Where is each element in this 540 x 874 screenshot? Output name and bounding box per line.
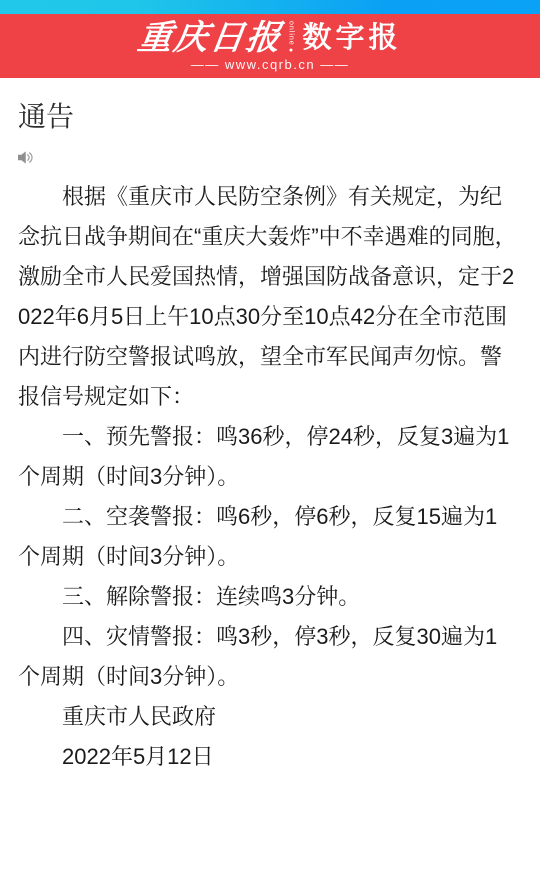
paragraph-item-4: 四、灾情警报：鸣3秒，停3秒，反复30遍为1个周期（时间3分钟）。 [18,617,518,697]
page: 重庆日报 online ● 数字报 —— www.cqrb.cn —— 通告 [0,0,540,874]
masthead-banner: 重庆日报 online ● 数字报 —— www.cqrb.cn —— [0,0,540,78]
red-banner: 重庆日报 online ● 数字报 —— www.cqrb.cn —— [0,14,540,78]
online-vertical-label: online [287,21,294,46]
paragraph-signature: 重庆市人民政府 [18,697,518,737]
text-to-speech-button[interactable] [18,148,38,166]
digital-edition-label: 数字报 [302,24,401,53]
page-title: 通告 [18,103,518,131]
article-body: 根据《重庆市人民防空条例》有关规定，为纪念抗日战争期间在“重庆大轰炸”中不幸遇难… [18,177,518,777]
paragraph-date: 2022年5月12日 [18,737,518,777]
online-mark: online ● [287,22,294,54]
paragraph-item-2: 二、空袭警报：鸣6秒，停6秒，反复15遍为1个周期（时间3分钟）。 [18,497,518,577]
speaker-icon [18,150,35,165]
paragraph-item-1: 一、预先警报：鸣36秒，停24秒，反复3遍为1个周期（时间3分钟）。 [18,417,518,497]
article: 通告 根据《重庆市人民防空条例》有关规定，为纪念抗日战争期间在“重庆大轰炸”中不… [0,103,540,777]
paragraph-item-3: 三、解除警报：连续鸣3分钟。 [18,577,518,617]
newspaper-logo[interactable]: 重庆日报 online ● 数字报 [138,21,401,55]
online-dot-icon: ● [289,47,293,54]
paragraph-intro: 根据《重庆市人民防空条例》有关规定，为纪念抗日战争期间在“重庆大轰炸”中不幸遇难… [18,177,518,417]
top-gradient-bar [0,0,540,14]
masthead-calligraphy: 重庆日报 [136,21,285,55]
website-url: —— www.cqrb.cn —— [191,58,349,71]
